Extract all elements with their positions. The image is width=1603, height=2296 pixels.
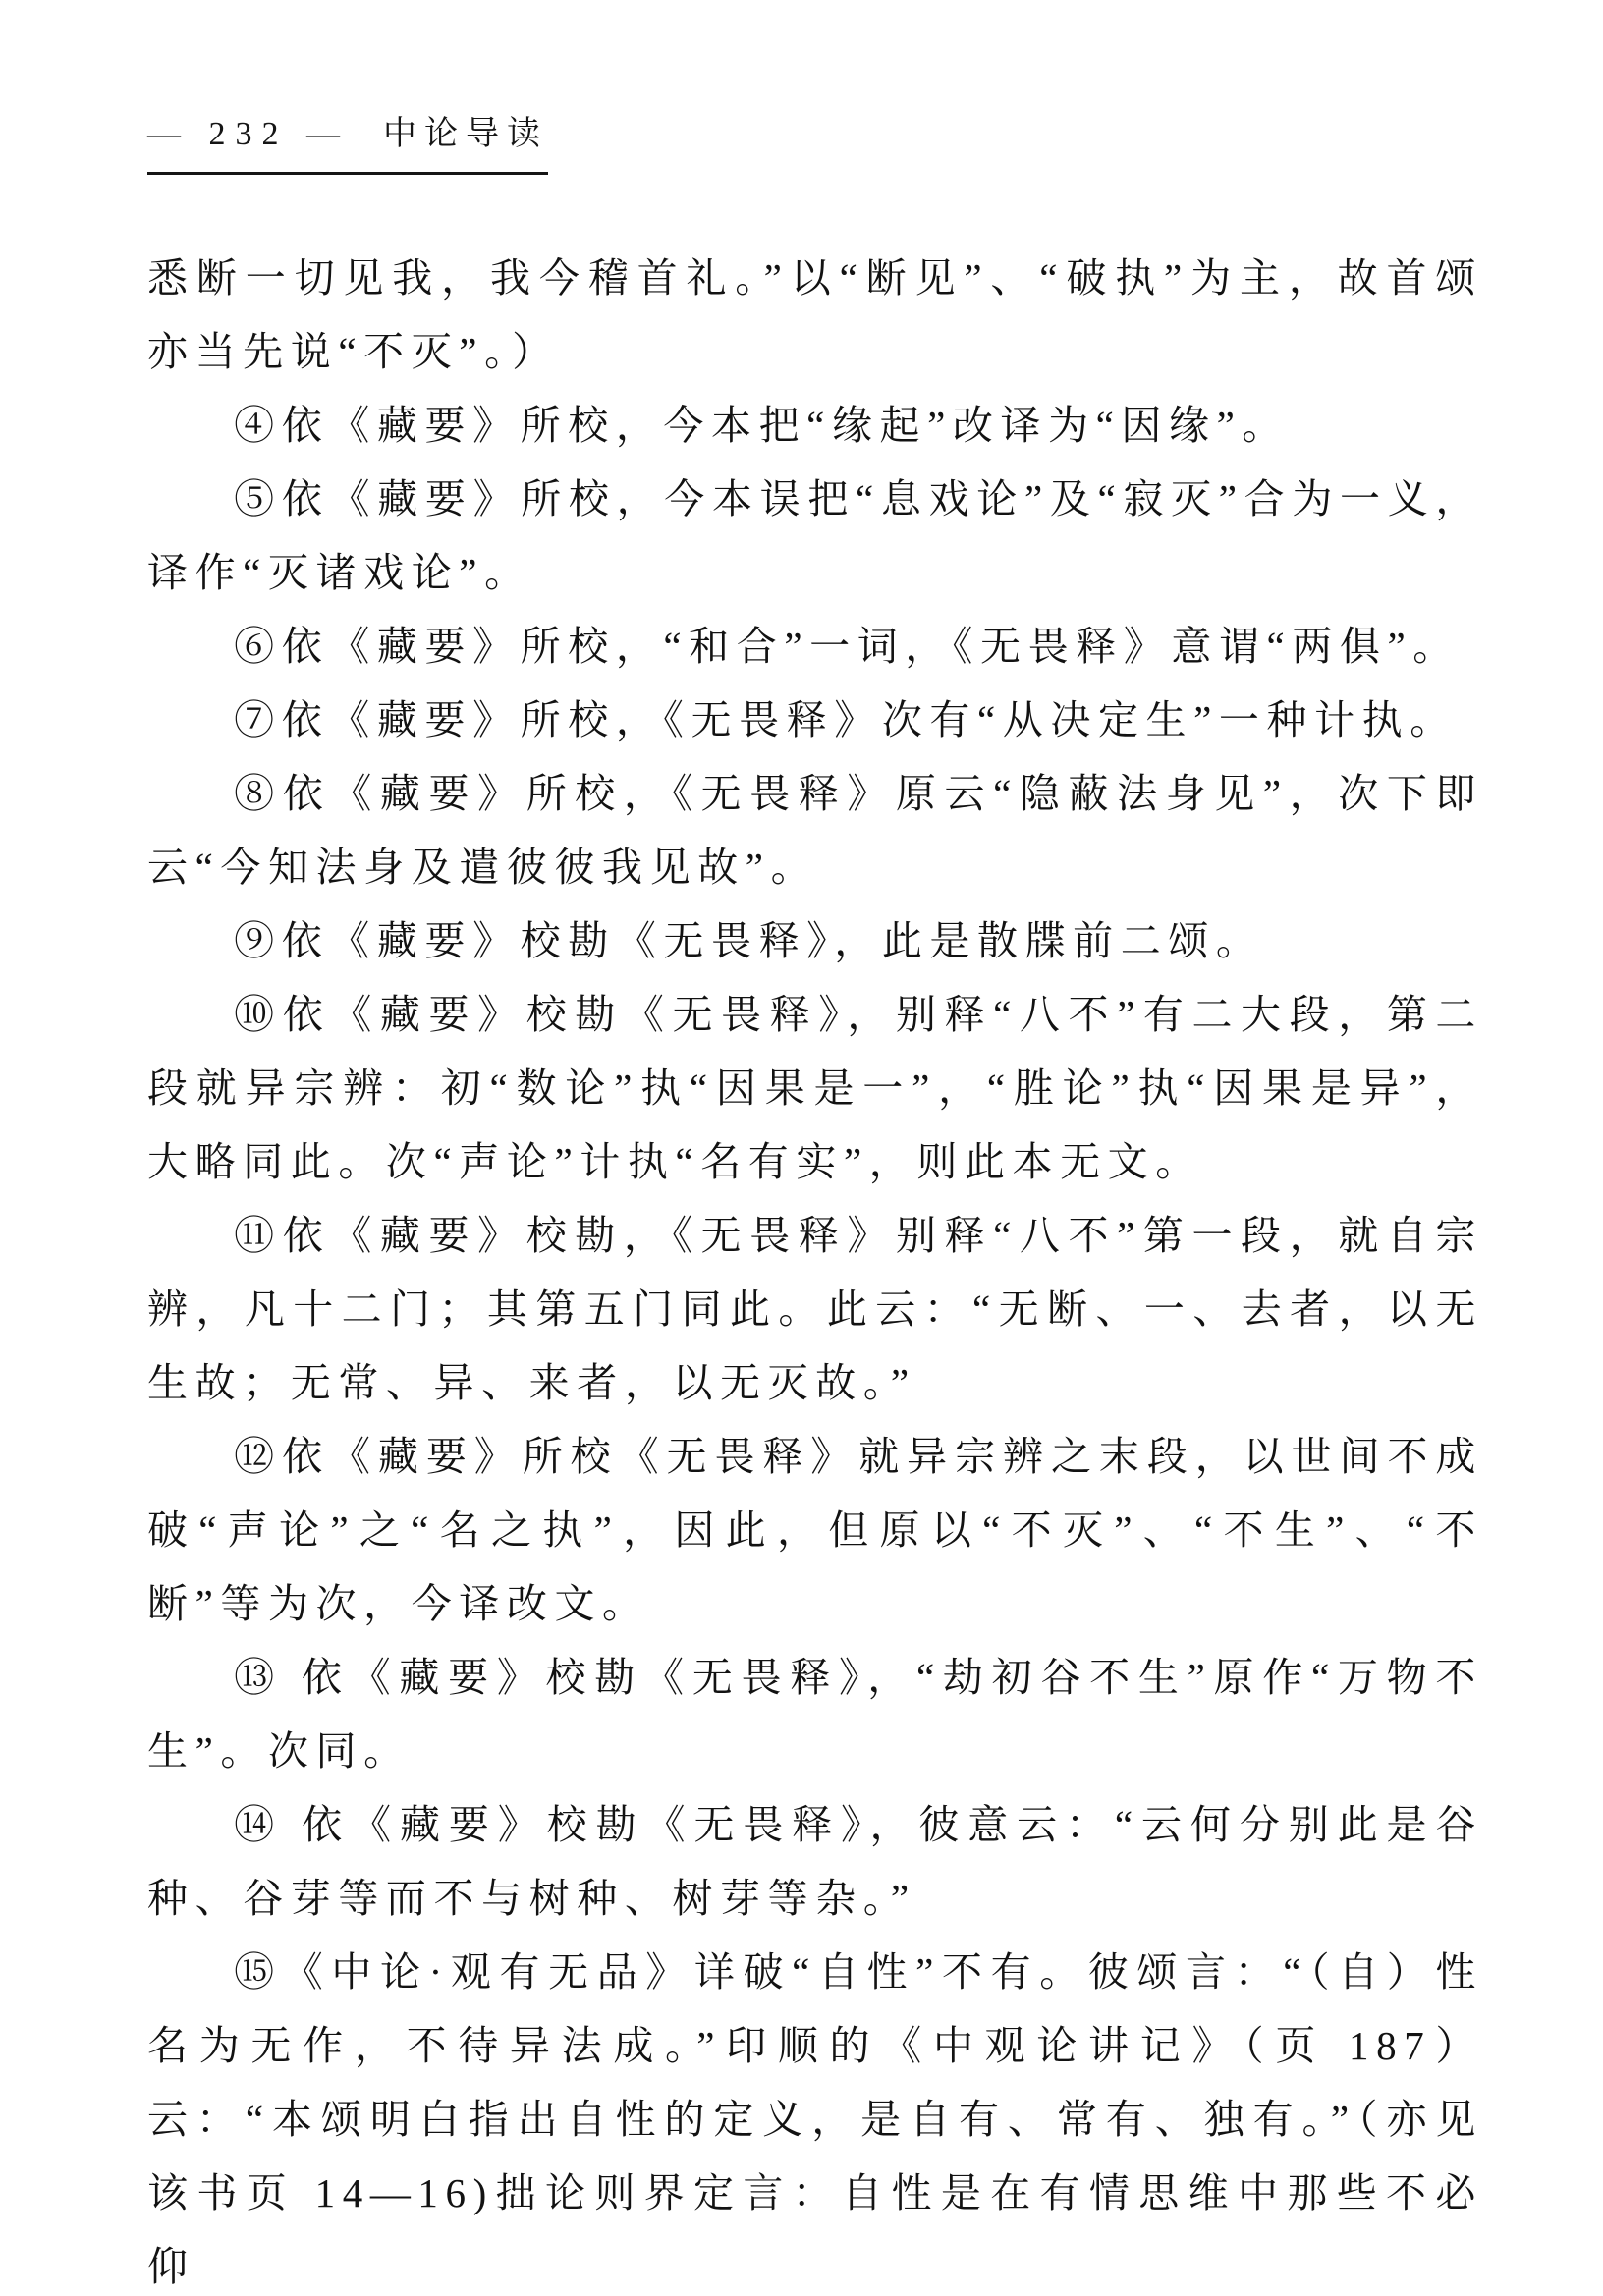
footnote-6: ⑥依《藏要》所校，“和合”一词，《无畏释》意谓“两俱”。 [147,610,1483,683]
footnote-14: ⑭ 依《藏要》校勘《无畏释》，彼意云：“云何分别此是谷种、谷芽等而不与树种、树芽… [147,1788,1483,1936]
footnote-10: ⑩依《藏要》校勘《无畏释》，别释“八不”有二大段，第二段就异宗辨：初“数论”执“… [147,978,1483,1199]
paragraph-continuation: 悉断一切见我，我今稽首礼。”以“断见”、“破执”为主，故首颂亦当先说“不灭”。） [147,242,1483,389]
footnote-5: ⑤依《藏要》所校，今本误把“息戏论”及“寂灭”合为一义，译作“灭诸戏论”。 [147,463,1483,610]
footnote-15: ⑮《中论·观有无品》详破“自性”不有。彼颂言：“（自）性名为无作，不待异法成。”… [147,1936,1483,2296]
footnote-8: ⑧依《藏要》所校，《无畏释》原云“隐蔽法身见”，次下即云“今知法身及遣彼彼我见故… [147,757,1483,904]
page-number: — 232 — [147,116,350,152]
footnote-11: ⑪依《藏要》校勘，《无畏释》别释“八不”第一段，就自宗辨，凡十二门；其第五门同此… [147,1199,1483,1420]
footnote-12: ⑫依《藏要》所校《无畏释》就异宗辨之末段，以世间不成破“声论”之“名之执”，因此… [147,1420,1483,1641]
book-page: — 232 —中论导读 悉断一切见我，我今稽首礼。”以“断见”、“破执”为主，故… [0,0,1603,2296]
page-header: — 232 —中论导读 [147,106,548,175]
body-text: 悉断一切见我，我今稽首礼。”以“断见”、“破执”为主，故首颂亦当先说“不灭”。）… [147,242,1483,2296]
footnote-13: ⑬ 依《藏要》校勘《无畏释》，“劫初谷不生”原作“万物不生”。次同。 [147,1641,1483,1788]
footnote-4: ④依《藏要》所校，今本把“缘起”改译为“因缘”。 [147,389,1483,463]
book-title: 中论导读 [383,116,548,152]
footnote-9: ⑨依《藏要》校勘《无畏释》，此是散牒前二颂。 [147,904,1483,978]
footnote-7: ⑦依《藏要》所校，《无畏释》次有“从决定生”一种计执。 [147,683,1483,757]
